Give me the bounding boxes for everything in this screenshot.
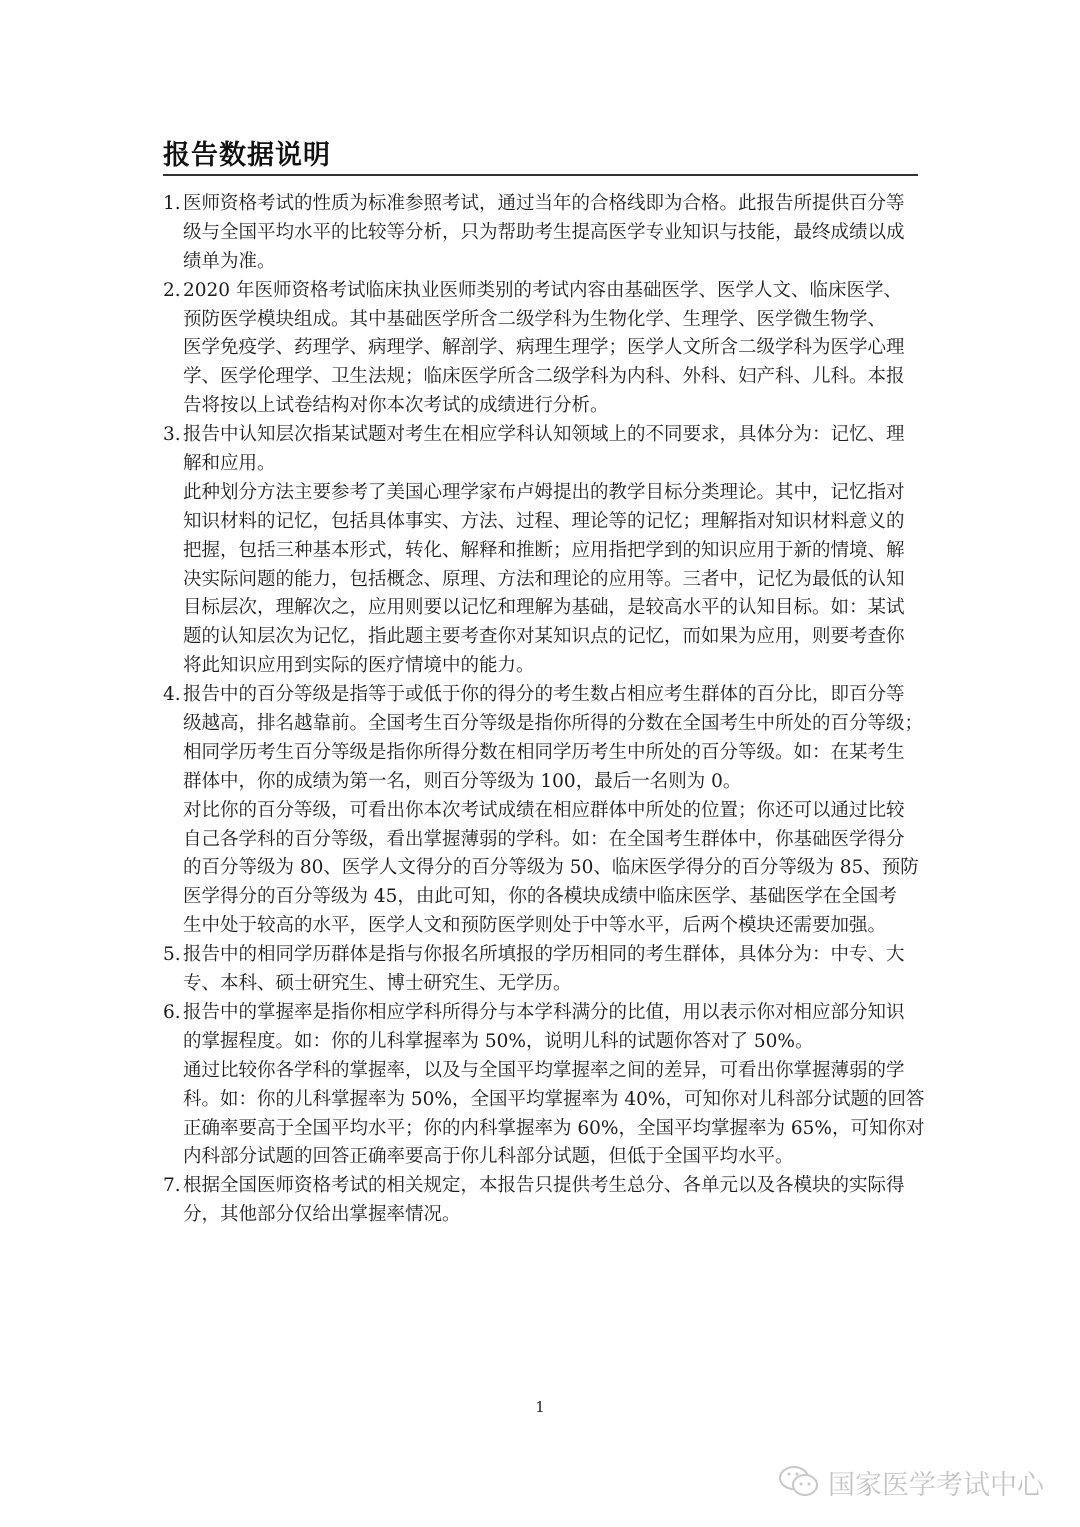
line-text: 医师资格考试的性质为标准参照考试，通过当年的合格线即为合格。此报告所提供百分等: [183, 190, 905, 219]
text-line: 学、医学伦理学、卫生法规；临床医学所含二级学科为内科、外科、妇产科、儿科。本报: [163, 363, 923, 392]
line-text: 解和应用。: [183, 450, 276, 479]
line-text: 报告中认知层次指某试题对考生在相应学科认知领域上的不同要求，具体分为：记忆、理: [183, 421, 905, 450]
line-text: 医学得分的百分等级为 45，由此可知，你的各模块成绩中临床医学、基础医学在全国考: [183, 883, 897, 912]
text-line: 相同学历考生百分等级是指你所得分数在相同学历考生中所处的百分等级。如：在某考生: [163, 739, 923, 768]
item-number: 4.: [163, 681, 181, 710]
line-text: 报告中的相同学历群体是指与你报名所填报的学历相同的考生群体，具体分为：中专、大: [183, 941, 905, 970]
text-line: 医学得分的百分等级为 45，由此可知，你的各模块成绩中临床医学、基础医学在全国考: [163, 883, 923, 912]
line-text: 预防医学模块组成。其中基础医学所含二级学科为生物化学、生理学、医学微生物学、: [183, 306, 886, 335]
document-body: 1.医师资格考试的性质为标准参照考试，通过当年的合格线即为合格。此报告所提供百分…: [163, 190, 923, 1230]
line-text: 绩单为准。: [183, 248, 276, 277]
line-text: 的掌握程度。如：你的儿科掌握率为 50%，说明儿科的试题你答对了 50%。: [183, 1028, 814, 1057]
text-line: 专、本科、硕士研究生、博士研究生、无学历。: [163, 970, 923, 999]
text-line: 生中处于较高的水平，医学人文和预防医学则处于中等水平，后两个模块还需要加强。: [163, 912, 923, 941]
text-line: 3.报告中认知层次指某试题对考生在相应学科认知领域上的不同要求，具体分为：记忆、…: [163, 421, 923, 450]
text-line: 解和应用。: [163, 450, 923, 479]
text-line: 科。如：你的儿科掌握率为 50%，全国平均掌握率为 40%，可知你对儿科部分试题…: [163, 1086, 923, 1115]
text-line: 内科部分试题的回答正确率要高于你儿科部分试题，但低于全国平均水平。: [163, 1143, 923, 1172]
line-text: 题的认知层次为记忆，指此题主要考查你对某知识点的记忆，而如果为应用，则要考查你: [183, 623, 905, 652]
line-text: 报告中的百分等级是指等于或低于你的得分的考生数占相应考生群体的百分比，即百分等: [183, 681, 905, 710]
text-line: 知识材料的记忆，包括具体事实、方法、过程、理论等的记忆；理解指对知识材料意义的: [163, 508, 923, 537]
text-line: 的百分等级为 80、医学人文得分的百分等级为 50、临床医学得分的百分等级为 8…: [163, 854, 923, 883]
line-text: 告将按以上试卷结构对你本次考试的成绩进行分析。: [183, 392, 609, 421]
line-text: 把握，包括三种基本形式，转化、解释和推断；应用指把学到的知识应用于新的情境、解: [183, 537, 905, 566]
wechat-icon: [778, 1464, 820, 1500]
text-line: 正确率要高于全国平均水平；你的内科掌握率为 60%，全国平均掌握率为 65%，可…: [163, 1115, 923, 1144]
text-line: 级越高，排名越靠前。全国考生百分等级是指你所得的分数在全国考生中所处的百分等级；: [163, 710, 923, 739]
text-line: 告将按以上试卷结构对你本次考试的成绩进行分析。: [163, 392, 923, 421]
text-line: 2.2020 年医师资格考试临床执业医师类别的考试内容由基础医学、医学人文、临床…: [163, 277, 923, 306]
text-line: 决实际问题的能力，包括概念、原理、方法和理论的应用等。三者中，记忆为最低的认知: [163, 566, 923, 595]
line-text: 学、医学伦理学、卫生法规；临床医学所含二级学科为内科、外科、妇产科、儿科。本报: [183, 363, 905, 392]
line-text: 专、本科、硕士研究生、博士研究生、无学历。: [183, 970, 572, 999]
line-text: 正确率要高于全国平均水平；你的内科掌握率为 60%，全国平均掌握率为 65%，可…: [183, 1115, 925, 1144]
text-line: 分，其他部分仅给出掌握率情况。: [163, 1201, 923, 1230]
line-text: 的百分等级为 80、医学人文得分的百分等级为 50、临床医学得分的百分等级为 8…: [183, 854, 919, 883]
line-text: 通过比较你各学科的掌握率，以及与全国平均掌握率之间的差异，可看出你掌握薄弱的学: [183, 1057, 905, 1086]
watermark-text: 国家医学考试中心: [828, 1463, 1044, 1502]
text-line: 医学免疫学、药理学、病理学、解剖学、病理生理学；医学人文所含二级学科为医学心理: [163, 334, 923, 363]
page-number: 1: [0, 1398, 1080, 1416]
line-text: 对比你的百分等级，可看出你本次考试成绩在相应群体中所处的位置；你还可以通过比较: [183, 797, 905, 826]
text-line: 绩单为准。: [163, 248, 923, 277]
line-text: 级与全国平均水平的比较等分析，只为帮助考生提高医学专业知识与技能，最终成绩以成: [183, 219, 905, 248]
line-text: 相同学历考生百分等级是指你所得分数在相同学历考生中所处的百分等级。如：在某考生: [183, 739, 905, 768]
text-line: 预防医学模块组成。其中基础医学所含二级学科为生物化学、生理学、医学微生物学、: [163, 306, 923, 335]
title-underline: [163, 174, 918, 176]
text-line: 将此知识应用到实际的医疗情境中的能力。: [163, 652, 923, 681]
line-text: 生中处于较高的水平，医学人文和预防医学则处于中等水平，后两个模块还需要加强。: [183, 912, 886, 941]
item-number: 2.: [163, 277, 181, 306]
text-line: 目标层次，理解次之，应用则要以记忆和理解为基础，是较高水平的认知目标。如：某试: [163, 594, 923, 623]
line-text: 群体中，你的成绩为第一名，则百分等级为 100，最后一名则为 0。: [183, 768, 741, 797]
text-line: 题的认知层次为记忆，指此题主要考查你对某知识点的记忆，而如果为应用，则要考查你: [163, 623, 923, 652]
line-text: 报告中的掌握率是指你相应学科所得分与本学科满分的比值，用以表示你对相应部分知识: [183, 999, 905, 1028]
text-line: 对比你的百分等级，可看出你本次考试成绩在相应群体中所处的位置；你还可以通过比较: [163, 797, 923, 826]
line-text: 自己各学科的百分等级，看出掌握薄弱的学科。如：在全国考生群体中，你基础医学得分: [183, 826, 905, 855]
line-text: 将此知识应用到实际的医疗情境中的能力。: [183, 652, 535, 681]
item-number: 5.: [163, 941, 181, 970]
text-line: 7.根据全国医师资格考试的相关规定，本报告只提供考生总分、各单元以及各模块的实际…: [163, 1172, 923, 1201]
line-text: 2020 年医师资格考试临床执业医师类别的考试内容由基础医学、医学人文、临床医学…: [183, 277, 902, 306]
line-text: 目标层次，理解次之，应用则要以记忆和理解为基础，是较高水平的认知目标。如：某试: [183, 594, 905, 623]
item-number: 7.: [163, 1172, 181, 1201]
line-text: 知识材料的记忆，包括具体事实、方法、过程、理论等的记忆；理解指对知识材料意义的: [183, 508, 905, 537]
text-line: 自己各学科的百分等级，看出掌握薄弱的学科。如：在全国考生群体中，你基础医学得分: [163, 826, 923, 855]
line-text: 分，其他部分仅给出掌握率情况。: [183, 1201, 461, 1230]
text-line: 级与全国平均水平的比较等分析，只为帮助考生提高医学专业知识与技能，最终成绩以成: [163, 219, 923, 248]
item-number: 3.: [163, 421, 181, 450]
page-title: 报告数据说明: [163, 138, 331, 174]
text-line: 通过比较你各学科的掌握率，以及与全国平均掌握率之间的差异，可看出你掌握薄弱的学: [163, 1057, 923, 1086]
text-line: 5.报告中的相同学历群体是指与你报名所填报的学历相同的考生群体，具体分为：中专、…: [163, 941, 923, 970]
line-text: 级越高，排名越靠前。全国考生百分等级是指你所得的分数在全国考生中所处的百分等级；: [183, 710, 923, 739]
text-line: 4.报告中的百分等级是指等于或低于你的得分的考生数占相应考生群体的百分比，即百分…: [163, 681, 923, 710]
text-line: 把握，包括三种基本形式，转化、解释和推断；应用指把学到的知识应用于新的情境、解: [163, 537, 923, 566]
text-line: 1.医师资格考试的性质为标准参照考试，通过当年的合格线即为合格。此报告所提供百分…: [163, 190, 923, 219]
text-line: 6.报告中的掌握率是指你相应学科所得分与本学科满分的比值，用以表示你对相应部分知…: [163, 999, 923, 1028]
text-line: 此种划分方法主要参考了美国心理学家布卢姆提出的教学目标分类理论。其中，记忆指对: [163, 479, 923, 508]
line-text: 内科部分试题的回答正确率要高于你儿科部分试题，但低于全国平均水平。: [183, 1143, 794, 1172]
line-text: 决实际问题的能力，包括概念、原理、方法和理论的应用等。三者中，记忆为最低的认知: [183, 566, 905, 595]
line-text: 根据全国医师资格考试的相关规定，本报告只提供考生总分、各单元以及各模块的实际得: [183, 1172, 905, 1201]
text-line: 的掌握程度。如：你的儿科掌握率为 50%，说明儿科的试题你答对了 50%。: [163, 1028, 923, 1057]
text-line: 群体中，你的成绩为第一名，则百分等级为 100，最后一名则为 0。: [163, 768, 923, 797]
item-number: 1.: [163, 190, 181, 219]
watermark: 国家医学考试中心: [778, 1462, 1044, 1502]
line-text: 医学免疫学、药理学、病理学、解剖学、病理生理学；医学人文所含二级学科为医学心理: [183, 334, 905, 363]
line-text: 科。如：你的儿科掌握率为 50%，全国平均掌握率为 40%，可知你对儿科部分试题…: [183, 1086, 925, 1115]
line-text: 此种划分方法主要参考了美国心理学家布卢姆提出的教学目标分类理论。其中，记忆指对: [183, 479, 905, 508]
item-number: 6.: [163, 999, 181, 1028]
